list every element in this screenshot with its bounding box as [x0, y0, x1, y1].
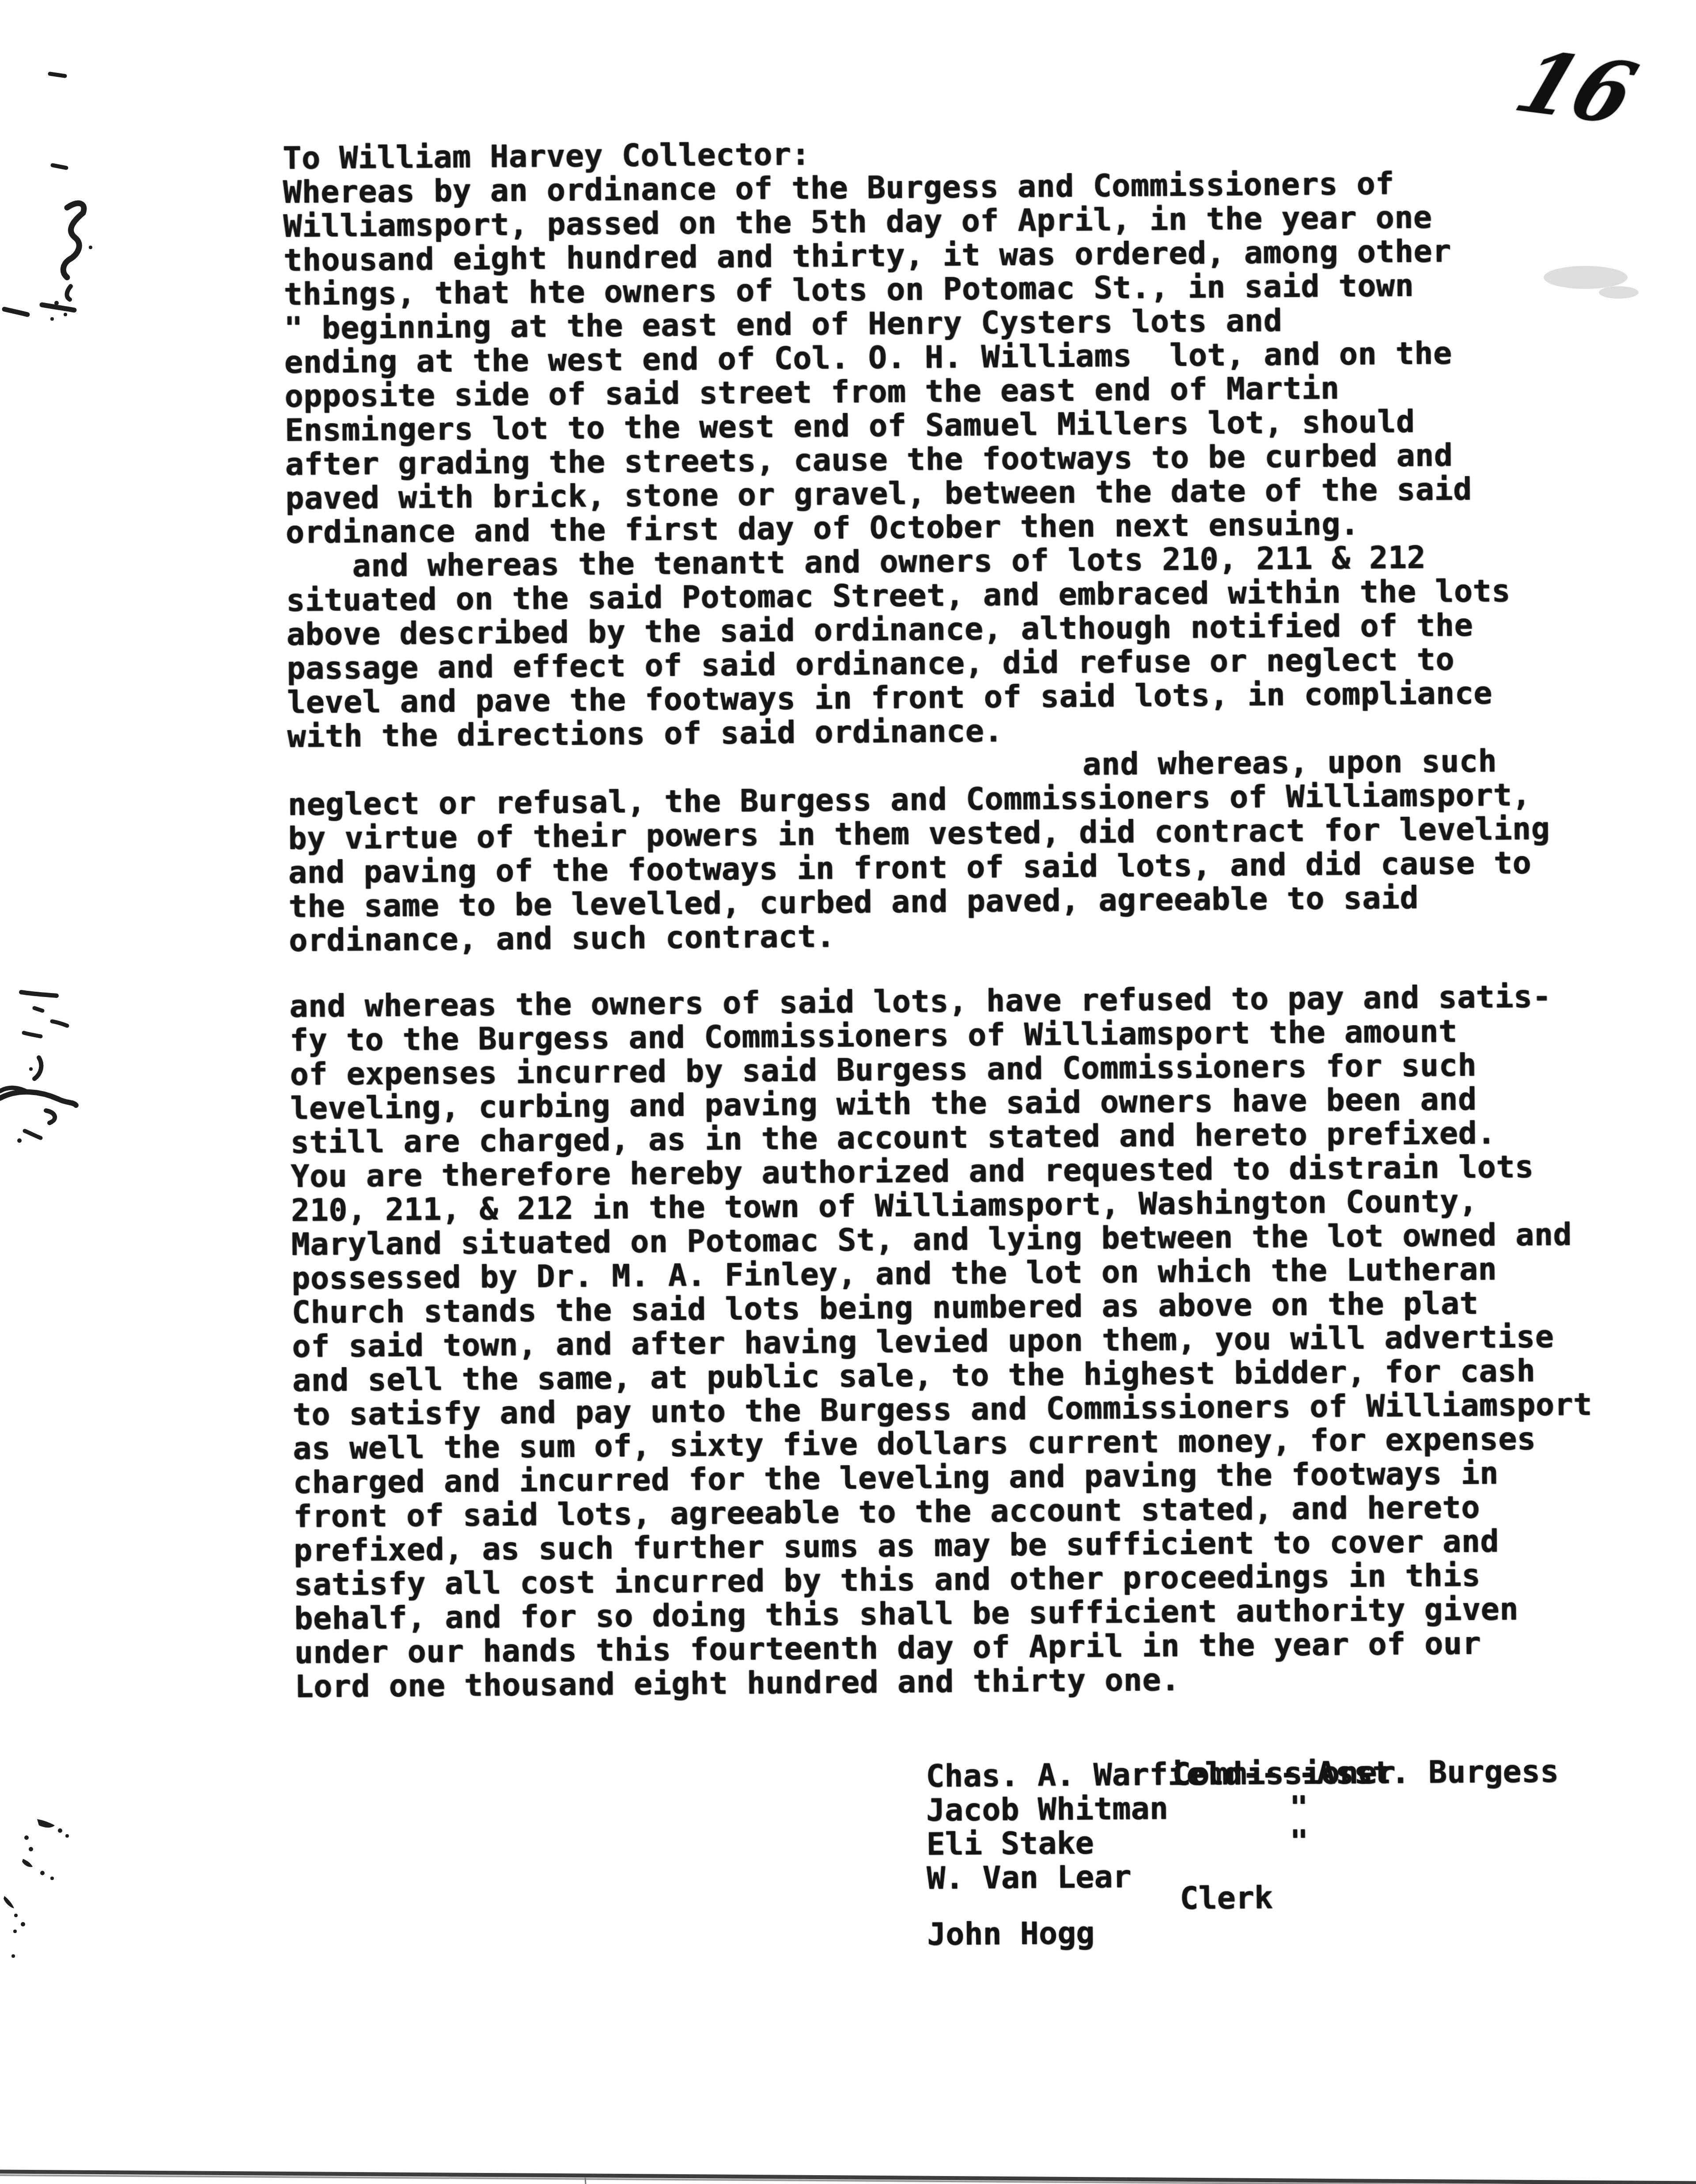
- ink-smudge-top-left: [4, 203, 92, 321]
- signatory-title: ": [1290, 1824, 1309, 1858]
- signatory-title: ": [1289, 1790, 1308, 1824]
- signature-row: W. Van Lear ": [777, 1821, 1674, 1862]
- ink-smudge-mid-left: [0, 992, 76, 1143]
- ink-dash-marks: [50, 74, 66, 168]
- handwritten-page-number: 16: [1504, 33, 1649, 143]
- signatory-title: Clerk: [1180, 1881, 1273, 1916]
- signature-row: John Hogg Clerk: [778, 1877, 1675, 1919]
- scanned-document-page: 16 To William Harvey Collector:Whereas b…: [0, 0, 1696, 2184]
- scan-edge-line: [0, 2172, 1696, 2184]
- signatory-name: John Hogg: [927, 1915, 1095, 1953]
- signature-block: Chas. A. Warfield----Asst. Burgess Jacob…: [776, 1719, 1674, 1919]
- typed-text-block: To William Harvey Collector:Whereas by a…: [283, 130, 1675, 1922]
- signatory-title: Commissioner: [1172, 1756, 1396, 1791]
- letter-body: To William Harvey Collector:Whereas by a…: [283, 130, 1673, 1703]
- ink-smudge-bottom-left: [4, 1819, 69, 1958]
